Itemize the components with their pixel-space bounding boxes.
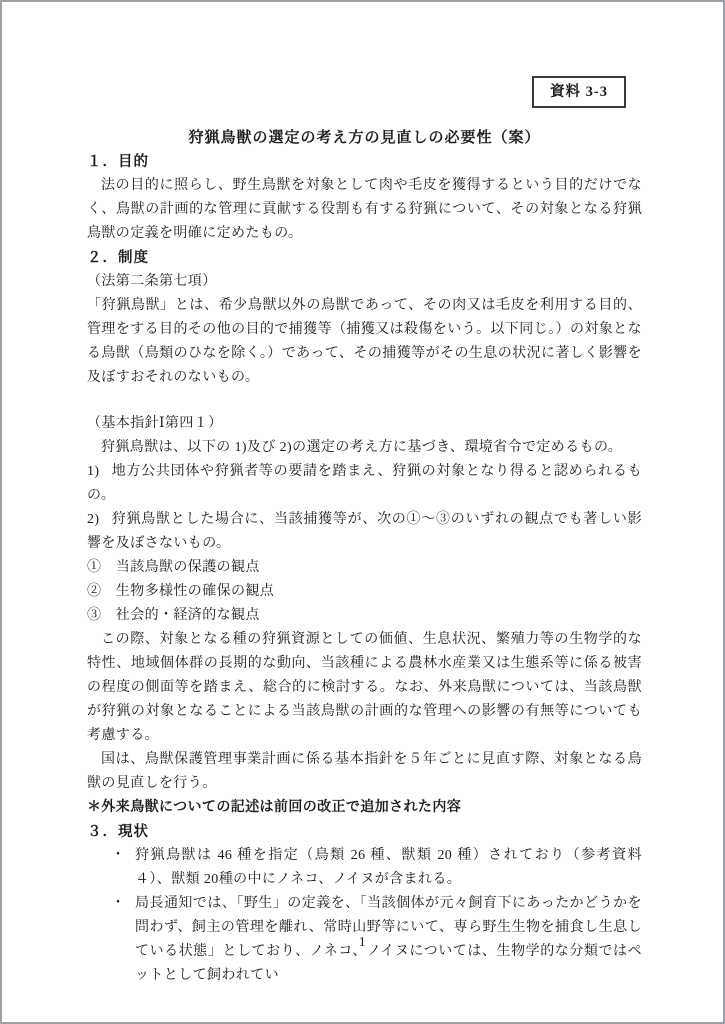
section-3-heading: ３．現状 bbox=[87, 820, 642, 844]
document-content: 資料 3-3 狩猟鳥獣の選定の考え方の見直しの必要性（案） １．目的 法の目的に… bbox=[87, 2, 642, 988]
doc-label-row: 資料 3-3 bbox=[87, 2, 642, 108]
revision-note: ＊外来鳥獣についての記述は前回の改正で追加された内容 bbox=[87, 796, 642, 820]
consideration-paragraph: この際、対象となる種の狩猟資源としての価値、生息状況、繁殖力等の生物学的な特性、… bbox=[87, 628, 642, 748]
review-cycle-paragraph: 国は、鳥獣保護管理事業計画に係る基本指針を５年ごとに見直す際、対象となる鳥獣の見… bbox=[87, 748, 642, 796]
status-bullet-1-text: 狩猟鳥獣は 46 種を指定（鳥類 26 種、獣類 20 種）されており（参考資料… bbox=[135, 844, 642, 892]
bullet-marker-icon: ・ bbox=[111, 844, 135, 892]
criteria-item-2: 2)狩猟鳥獣とした場合に、当該捕獲等が、次の①～③のいずれの観点でも著しい影響を… bbox=[87, 508, 642, 556]
guideline-reference: （基本指針Ⅰ第四１） bbox=[87, 412, 642, 436]
viewpoint-1: ① 当該鳥獣の保護の観点 bbox=[87, 556, 642, 580]
law-reference: （法第二条第七項） bbox=[87, 270, 642, 294]
criteria-item-2-text: 狩猟鳥獣とした場合に、当該捕獲等が、次の①～③のいずれの観点でも著しい影響を及ぼ… bbox=[87, 512, 642, 551]
section-1-heading: １．目的 bbox=[87, 150, 642, 174]
criteria-item-1: 1)地方公共団体や狩猟者等の要請を踏まえ、狩猟の対象となり得ると認められるもの。 bbox=[87, 460, 642, 508]
viewpoint-3: ③ 社会的・経済的な観点 bbox=[87, 604, 642, 628]
law-definition-paragraph: 「狩猟鳥獣」とは、希少鳥獣以外の鳥獣であって、その肉又は毛皮を利用する目的、管理… bbox=[87, 294, 642, 390]
status-bullet-1: ・ 狩猟鳥獣は 46 種を指定（鳥類 26 種、獣類 20 種）されており（参考… bbox=[111, 844, 642, 892]
criteria-item-1-marker: 1) bbox=[87, 464, 99, 479]
doc-label-box: 資料 3-3 bbox=[532, 76, 626, 108]
doc-label: 資料 3-3 bbox=[550, 84, 608, 100]
guideline-intro-paragraph: 狩猟鳥獣は、以下の 1)及び 2)の選定の考え方に基づき、環境省令で定めるもの。 bbox=[87, 436, 642, 460]
viewpoint-2: ② 生物多様性の確保の観点 bbox=[87, 580, 642, 604]
purpose-paragraph: 法の目的に照らし、野生鳥獣を対象として肉や毛皮を獲得するという目的だけでなく、鳥… bbox=[87, 174, 642, 246]
criteria-item-1-text: 地方公共団体や狩猟者等の要請を踏まえ、狩猟の対象となり得ると認められるもの。 bbox=[87, 464, 642, 503]
document-title: 狩猟鳥獣の選定の考え方の見直しの必要性（案） bbox=[87, 126, 642, 150]
criteria-item-2-marker: 2) bbox=[87, 512, 99, 527]
section-2-heading: ２．制度 bbox=[87, 246, 642, 270]
document-page: 資料 3-3 狩猟鳥獣の選定の考え方の見直しの必要性（案） １．目的 法の目的に… bbox=[0, 0, 725, 1024]
page-number: 1 bbox=[2, 930, 723, 954]
